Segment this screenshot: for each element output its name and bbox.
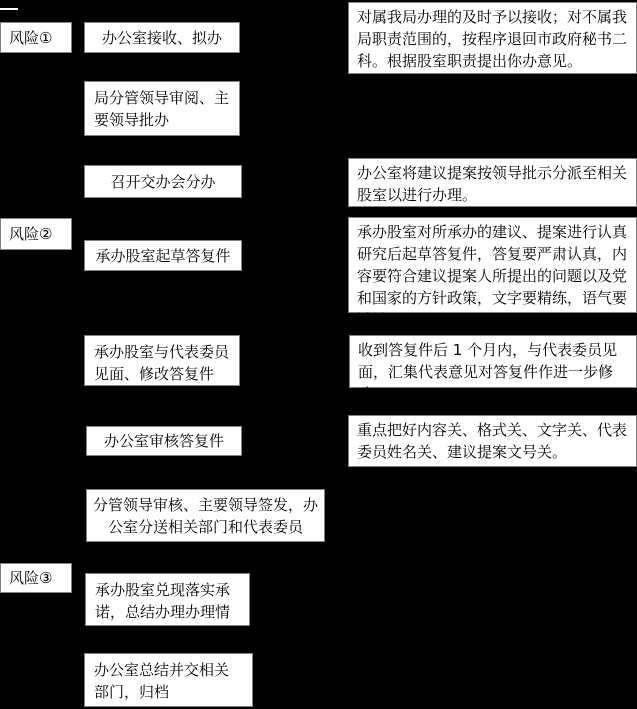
note-receive-policy: 对属我局办理的及时予以接收；对不属我局职责范围的，按程序退回市政府秘书二科。根据… bbox=[348, 2, 637, 74]
risk-label-1: 风险① bbox=[0, 22, 72, 53]
top-left-mark bbox=[0, 8, 18, 10]
note-dispatch-instruction: 办公室将建议提案按领导批示分派至相关股室以进行办理。 bbox=[348, 158, 637, 207]
step-meet-representative-revise: 承办股室与代表委员见面、修改答复件 bbox=[84, 335, 240, 386]
step-office-receive: 办公室接收、拟办 bbox=[84, 22, 240, 53]
risk-label-2: 风险② bbox=[0, 218, 72, 250]
note-drafting-requirements: 承办股室对所承办的建议、提案进行认真研究后起草答复件，答复要严肃认真，内容要符合… bbox=[348, 217, 637, 313]
step-leader-review-approve: 局分管领导审阅、主要领导批办 bbox=[84, 81, 240, 136]
note-review-checkpoints: 重点把好内容关、格式关、文字关、代表委员姓名关、建议提案文号关。 bbox=[348, 415, 637, 467]
step-fulfill-promise-summary: 承办股室兑现落实承诺，总结办理办理情况 bbox=[85, 573, 250, 626]
step-assignment-meeting: 召开交办会分办 bbox=[84, 165, 242, 198]
step-leader-sign-distribute: 分管领导审核、主要领导签发，办公室分送相关部门和代表委员 bbox=[86, 489, 325, 542]
step-draft-reply: 承办股室起草答复件 bbox=[84, 240, 242, 271]
step-office-summary-archive: 办公室总结并交相关部门，归档 bbox=[84, 653, 253, 707]
flowchart-canvas: 风险① 风险② 风险③ 办公室接收、拟办 局分管领导审阅、主要领导批办 召开交办… bbox=[0, 0, 637, 709]
note-meeting-revision: 收到答复件后 1 个月内，与代表委员见面，汇集代表意见对答复件作进一步修改。 bbox=[349, 335, 637, 388]
step-office-review-reply: 办公室审核答复件 bbox=[86, 426, 242, 456]
risk-label-3: 风险③ bbox=[0, 563, 72, 593]
